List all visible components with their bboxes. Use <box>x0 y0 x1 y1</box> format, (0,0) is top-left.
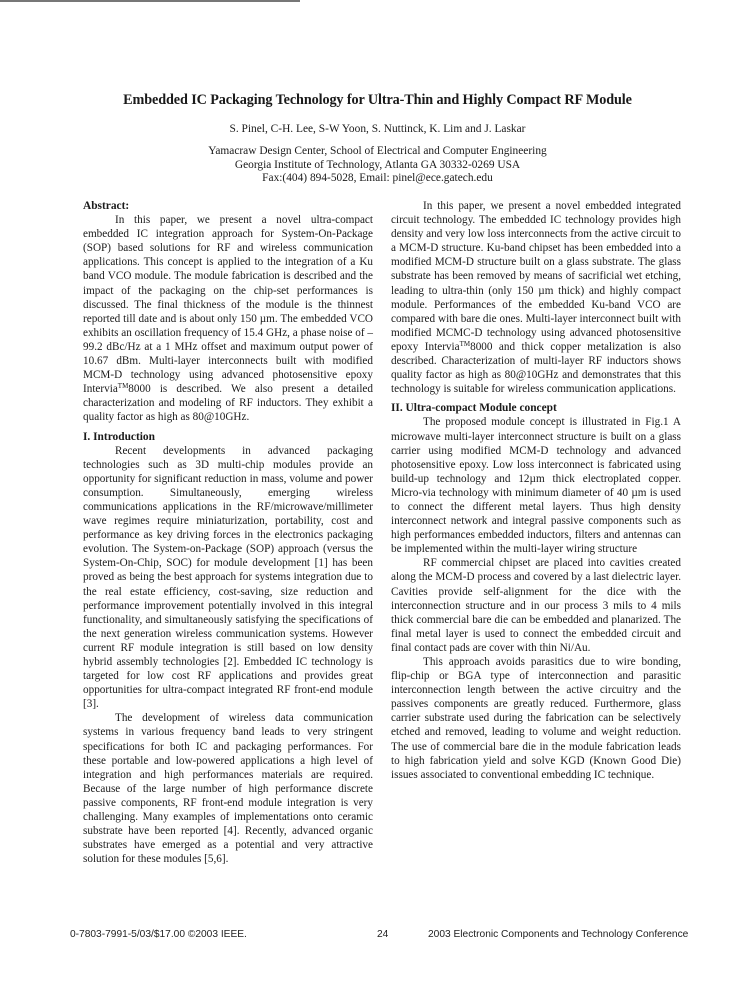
body-paragraph: The proposed module concept is illustrat… <box>391 415 681 556</box>
section-heading-introduction: I. Introduction <box>83 430 373 444</box>
paper-title: Embedded IC Packaging Technology for Ult… <box>0 92 755 109</box>
contact-line: Fax:(404) 894-5028, Email: pinel@ece.gat… <box>0 172 755 186</box>
abstract-paragraph: In this paper, we present a novel ultra-… <box>83 213 373 424</box>
abstract-text: In this paper, we present a novel ultra-… <box>83 214 373 395</box>
body-paragraph: RF commercial chipset are placed into ca… <box>391 556 681 655</box>
footer-copyright: 0-7803-7991-5/03/$17.00 ©2003 IEEE. <box>70 929 247 940</box>
affiliation-line: Georgia Institute of Technology, Atlanta… <box>0 159 755 173</box>
body-paragraph: This approach avoids parasitics due to w… <box>391 655 681 782</box>
scan-edge-line <box>0 0 300 2</box>
right-column: In this paper, we present a novel embedd… <box>391 199 681 782</box>
body-paragraph: Recent developments in advanced packagin… <box>83 444 373 712</box>
body-paragraph: The development of wireless data communi… <box>83 711 373 866</box>
affiliation-block: Yamacraw Design Center, School of Electr… <box>0 145 755 186</box>
footer-conference: 2003 Electronic Components and Technolog… <box>428 929 688 940</box>
page-number: 24 <box>377 929 388 940</box>
body-paragraph: In this paper, we present a novel embedd… <box>391 199 681 396</box>
section-heading-module-concept: II. Ultra-compact Module concept <box>391 401 681 415</box>
left-column: Abstract: In this paper, we present a no… <box>83 199 373 866</box>
author-list: S. Pinel, C-H. Lee, S-W Yoon, S. Nuttinc… <box>0 123 755 135</box>
body-text: In this paper, we present a novel embedd… <box>391 200 681 353</box>
abstract-heading: Abstract: <box>83 199 373 213</box>
affiliation-line: Yamacraw Design Center, School of Electr… <box>0 145 755 159</box>
trademark-mark: TM <box>118 382 129 390</box>
trademark-mark: TM <box>460 340 471 348</box>
